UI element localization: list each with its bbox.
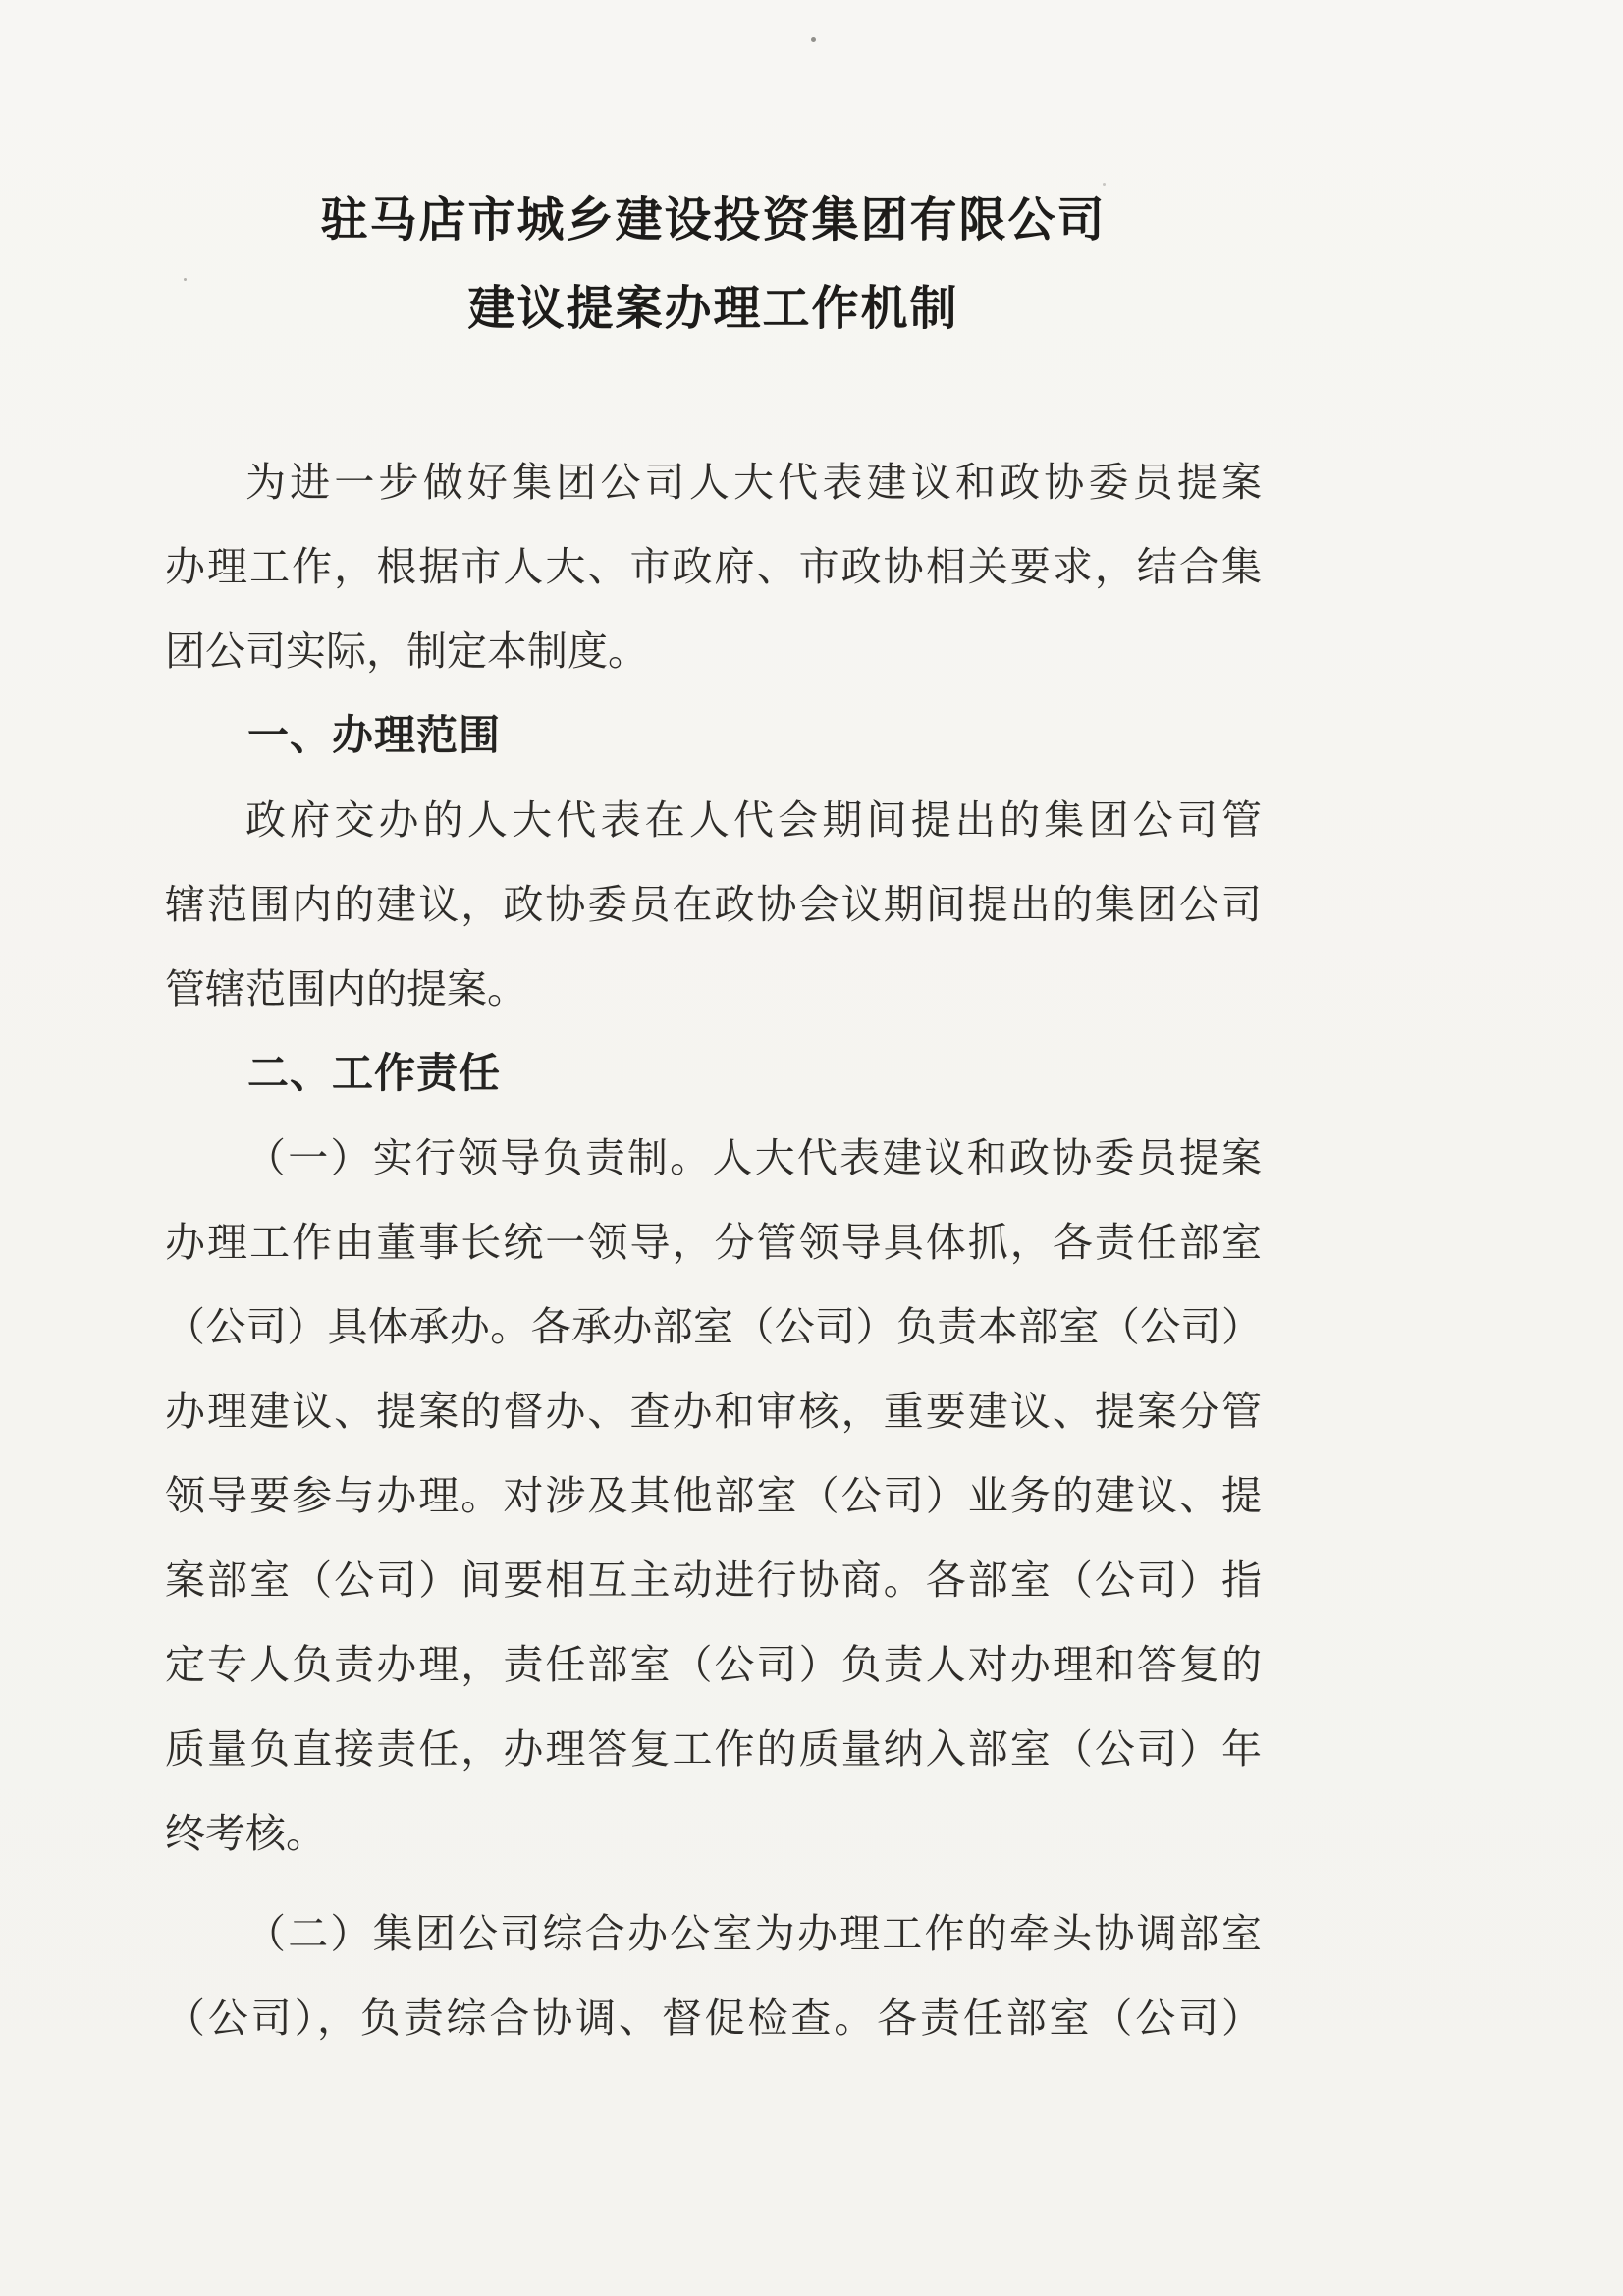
body-line: 为进一步做好集团公司人大代表建议和政协委员提案 <box>165 440 1262 524</box>
body-line: 办理工作由董事长统一领导，分管领导具体抓，各责任部室 <box>165 1200 1262 1285</box>
body-line: 辖范围内的建议，政协委员在政协会议期间提出的集团公司 <box>165 862 1262 947</box>
body-line: 质量负直接责任，办理答复工作的质量纳入部室（公司）年 <box>165 1707 1262 1791</box>
body-line: 管辖范围内的提案。 <box>165 947 1262 1031</box>
body-line: 终考核。 <box>165 1791 1262 1876</box>
body-line: （公司），负责综合协调、督促检查。各责任部室（公司） <box>165 1976 1262 2060</box>
scan-speck <box>811 37 816 42</box>
document-page: 驻马店市城乡建设投资集团有限公司 建议提案办理工作机制 为进一步做好集团公司人大… <box>0 0 1623 2296</box>
document-title-line-1: 驻马店市城乡建设投资集团有限公司 <box>165 177 1262 265</box>
body-line: 办理工作，根据市人大、市政府、市政协相关要求，结合集 <box>165 524 1262 609</box>
body-line: 领导要参与办理。对涉及其他部室（公司）业务的建议、提 <box>165 1453 1262 1538</box>
body-line: 定专人负责办理，责任部室（公司）负责人对办理和答复的 <box>165 1622 1262 1707</box>
section-heading-responsibility: 二、工作责任 <box>165 1031 1262 1116</box>
body-line: （一）实行领导负责制。人大代表建议和政协委员提案 <box>165 1116 1262 1200</box>
body-line: 政府交办的人大代表在人代会期间提出的集团公司管 <box>165 778 1262 862</box>
body-line: 团公司实际，制定本制度。 <box>165 609 1262 693</box>
body-line: 办理建议、提案的督办、查办和审核，重要建议、提案分管 <box>165 1369 1262 1453</box>
document-body: 为进一步做好集团公司人大代表建议和政协委员提案 办理工作，根据市人大、市政府、市… <box>165 440 1262 2060</box>
body-line: （公司）具体承办。各承办部室（公司）负责本部室（公司） <box>165 1285 1262 1369</box>
body-line: （二）集团公司综合办公室为办理工作的牵头协调部室 <box>165 1891 1262 1976</box>
document-title-line-2: 建议提案办理工作机制 <box>165 265 1262 354</box>
page-content: 驻马店市城乡建设投资集团有限公司 建议提案办理工作机制 为进一步做好集团公司人大… <box>165 177 1262 2060</box>
body-line: 案部室（公司）间要相互主动进行协商。各部室（公司）指 <box>165 1538 1262 1622</box>
section-heading-scope: 一、办理范围 <box>165 693 1262 778</box>
